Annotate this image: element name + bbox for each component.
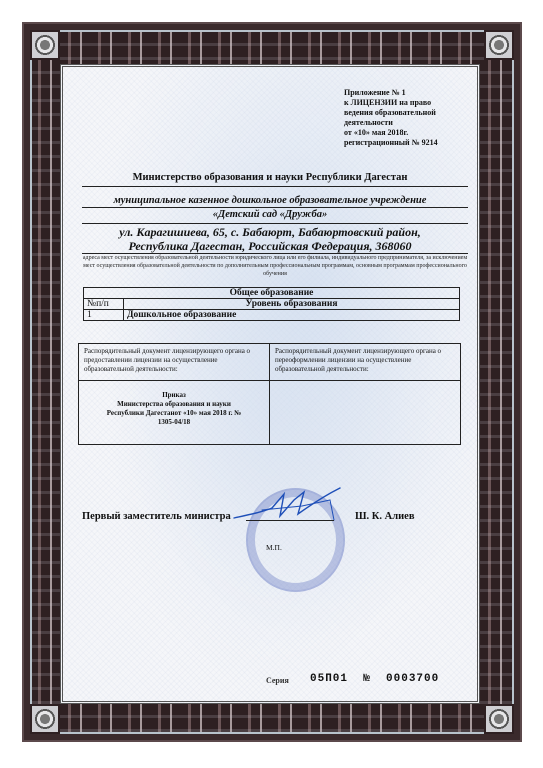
signature-line xyxy=(246,520,334,521)
address-line-1: ул. Карагишиева, 65, с. Бабаюрт, Бабаюрт… xyxy=(70,225,470,240)
appendix-line: ведения образовательной xyxy=(344,108,484,118)
documents-table: Распорядительный документ лицензирующего… xyxy=(78,343,461,445)
signatory-position: Первый заместитель министра xyxy=(82,511,231,522)
address-note: адреса мест осуществления образовательно… xyxy=(82,254,468,278)
appendix-header: Приложение № 1 к ЛИЦЕНЗИИ на право веден… xyxy=(344,88,484,148)
divider xyxy=(82,207,468,208)
divider xyxy=(82,186,468,187)
order-line: Министерства образования и науки xyxy=(84,400,264,409)
appendix-line: регистрационный № 9214 xyxy=(344,138,484,148)
issuance-document-value: Приказ Министерства образования и науки … xyxy=(79,381,270,445)
corner-ornament-icon xyxy=(484,30,514,60)
issuer-title: Министерство образования и науки Республ… xyxy=(70,172,470,183)
corner-ornament-icon xyxy=(484,704,514,734)
education-table: Общее образование №п/п Уровень образован… xyxy=(83,287,460,321)
row-number: 1 xyxy=(84,310,124,321)
row-level: Дошкольное образование xyxy=(124,310,460,321)
signatory-name: Ш. К. Алиев xyxy=(355,511,415,522)
stamp-label: М.П. xyxy=(266,543,282,552)
column-header-number: №п/п xyxy=(84,299,124,310)
order-line: 1305-04/18 xyxy=(84,418,264,427)
appendix-line: к ЛИЦЕНЗИИ на право xyxy=(344,98,484,108)
address-line-2: Республика Дагестан, Российская Федераци… xyxy=(70,239,470,254)
reissuance-document-value xyxy=(270,381,461,445)
series-label: Серия xyxy=(266,676,289,685)
table-row: 1 Дошкольное образование xyxy=(84,310,460,321)
appendix-line: Приложение № 1 xyxy=(344,88,484,98)
organization-type: муниципальное казенное дошкольное образо… xyxy=(70,195,470,206)
appendix-line: деятельности xyxy=(344,118,484,128)
issuance-document-header: Распорядительный документ лицензирующего… xyxy=(79,344,270,381)
order-line: Республики Дагестанот «10» мая 2018 г. № xyxy=(84,409,264,418)
corner-ornament-icon xyxy=(30,30,60,60)
reissuance-document-header: Распорядительный документ лицензирующего… xyxy=(270,344,461,381)
section-header: Общее образование xyxy=(84,288,460,299)
corner-ornament-icon xyxy=(30,704,60,734)
organization-name: «Детский сад «Дружба» xyxy=(70,209,470,220)
series-number: 05П01 № 0003700 xyxy=(310,673,439,685)
column-header-level: Уровень образования xyxy=(124,299,460,310)
appendix-line: от «10» мая 2018г. xyxy=(344,128,484,138)
order-line: Приказ xyxy=(84,391,264,400)
divider xyxy=(82,223,468,224)
